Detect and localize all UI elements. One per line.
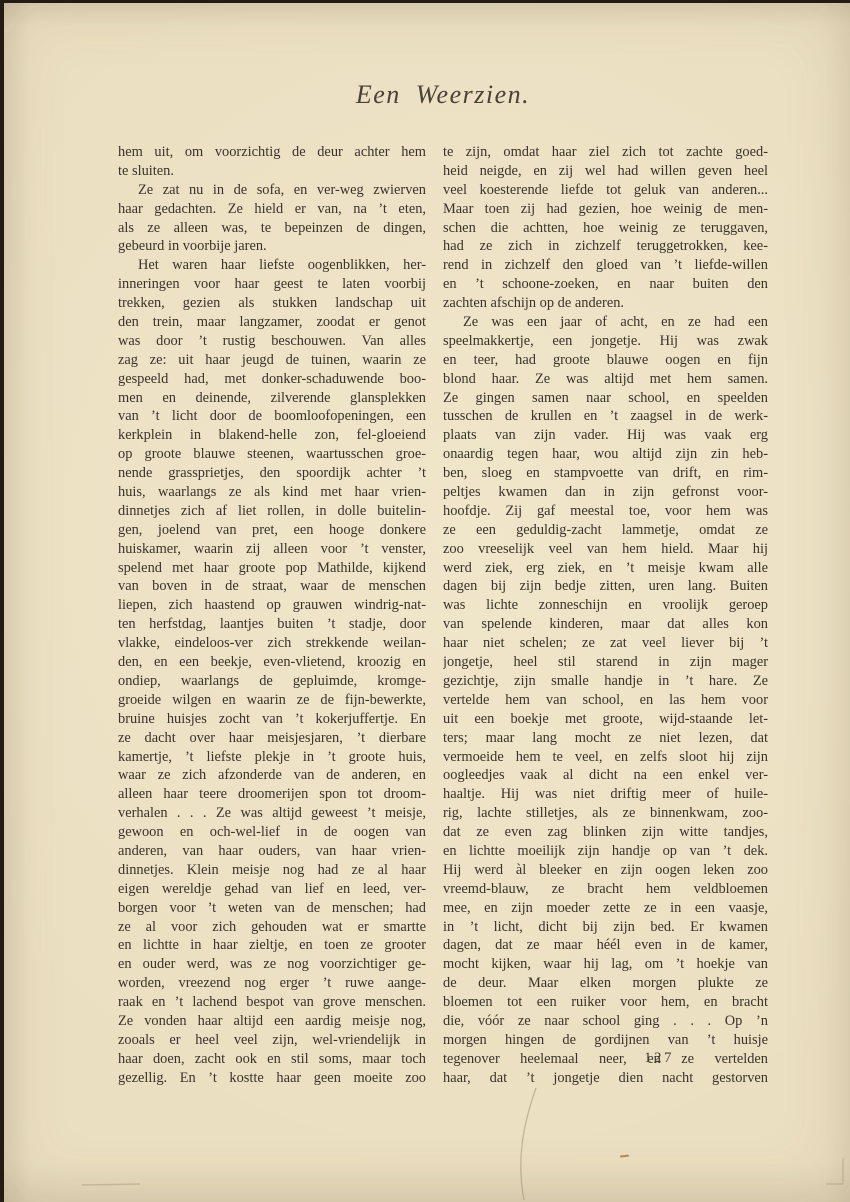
text-line: tegenover heelemaal neer, en ze vertelde… — [443, 1050, 768, 1069]
scan-artifact-corner — [826, 1158, 843, 1184]
text-line: huis, waarlangs ze als kind met haar vri… — [118, 483, 426, 502]
text-line: alleen haar teere droomerijen spon tot d… — [118, 785, 426, 804]
text-line: gebeurd in voorbije jaren. — [118, 237, 426, 256]
text-line: morgen hingen de gordijnen van ’t huisje — [443, 1031, 768, 1050]
text-line: ten herfstdag, laantjes buiten ’t stadje… — [118, 615, 426, 634]
text-line: men en deinende, zilverende glansplekken — [118, 389, 426, 408]
book-page-scan: Een Weerzien. hem uit, om voorzichtig de… — [0, 0, 850, 1202]
text-line: dagen bij zijn bedje zitten, uren lang. … — [443, 577, 768, 596]
text-line: dinnetjes. Klein meisje nog had ze al ha… — [118, 861, 426, 880]
text-line: gewoon en och-wel-lief in de oogen van — [118, 823, 426, 842]
text-line: den, en een beekje, even-vlietend, krooz… — [118, 653, 426, 672]
text-line: schen die achtten, hoe weinig ze terugga… — [443, 219, 768, 238]
text-line: Ze zat nu in de sofa, en ver-weg zwierve… — [118, 181, 426, 200]
scan-edge-left — [0, 0, 4, 1202]
text-line: was lichte zonneschijn en vroolijk geroe… — [443, 596, 768, 615]
text-line: rend in zichzelf den gloed van ’t liefde… — [443, 256, 768, 275]
text-line: haar gedachten. Ze hield er van, na ’t e… — [118, 200, 426, 219]
text-line: was door ’t rustig beschouwen. Van alles — [118, 332, 426, 351]
text-line: en ouder werd, was ze nog voorzichtiger … — [118, 955, 426, 974]
text-line: Ze gingen samen naar school, en speelden — [443, 389, 768, 408]
scan-artifact-speck — [620, 1154, 629, 1157]
text-line: Maar toen zij had gezien, hoe weinig de … — [443, 200, 768, 219]
text-line: Het waren haar liefste oogenblikken, her… — [118, 256, 426, 275]
text-line: ondiep, waarlangs de gepluimde, kromge- — [118, 672, 426, 691]
text-line: dat ze even zag blinken zijn witte tandj… — [443, 823, 768, 842]
text-line: jongetje, heel stil starend in zijn mage… — [443, 653, 768, 672]
text-line: oogleedjes vaak al dicht na een enkel ve… — [443, 766, 768, 785]
text-line: liepen, zich haastend op grauwen windrig… — [118, 596, 426, 615]
text-line: haar doen, zacht ook en stil soms, maar … — [118, 1050, 426, 1069]
text-line: hem uit, om voorzichtig de deur achter h… — [118, 143, 426, 162]
text-line: haar niet schelen; ze zat veel liever bi… — [443, 634, 768, 653]
text-line: mee, en zijn moeder zette ze in een vaas… — [443, 899, 768, 918]
text-line: gezellig. En ’t kostte haar geen moeite … — [118, 1069, 426, 1088]
text-line: peltjes kwamen dan in zijn gefronst voor… — [443, 483, 768, 502]
scan-edge-top — [0, 0, 850, 3]
text-line: nende grassprietjes, den spoordijk achte… — [118, 464, 426, 483]
text-line: Ze was een jaar of acht, en ze had een — [443, 313, 768, 332]
text-line: in ’t licht, dicht bij zijn bed. Er kwam… — [443, 918, 768, 937]
page-title: Een Weerzien. — [118, 80, 768, 110]
text-line: zachten afschijn op de anderen. — [443, 294, 768, 313]
text-line: raak en ’t lachend bespot van grove mens… — [118, 993, 426, 1012]
text-line: en teer, had groote blauwe oogen en fijn — [443, 351, 768, 370]
text-line: als ze alleen was, te bepeinzen de dinge… — [118, 219, 426, 238]
text-line: waar ze zich afzonderde van de anderen, … — [118, 766, 426, 785]
text-line: dinnetjes zich af liet rollen, in dolle … — [118, 502, 426, 521]
text-column-left: hem uit, om voorzichtig de deur achter h… — [118, 143, 426, 1088]
text-line: speelmakkertje, een jongetje. Hij was zw… — [443, 332, 768, 351]
text-line: ze een geduldig-zacht lammetje, omdat ze — [443, 521, 768, 540]
text-line: den trein, maar langzamer, zoodat er gen… — [118, 313, 426, 332]
scan-artifact-hair — [521, 1088, 536, 1200]
text-line: Hij werd àl bleeker en zijn oogen leken … — [443, 861, 768, 880]
text-line: zoo vreeselijk veel van hem hield. Maar … — [443, 540, 768, 559]
page-number: 127 — [644, 1050, 674, 1067]
text-line: werd ziek, erg ziek, en ’t meisje kwam a… — [443, 559, 768, 578]
text-line: op groote blauwe steenen, waartusschen g… — [118, 445, 426, 464]
text-line: verhalen . . . Ze was altijd geweest ’t … — [118, 804, 426, 823]
text-line: vlakke, eindeloos-ver zich strekkende we… — [118, 634, 426, 653]
text-line: rig, lachte stilletjes, als ze binnenkwa… — [443, 804, 768, 823]
text-line: en ’t schoone-zoeken, en naar buiten den — [443, 275, 768, 294]
text-line: vertelde hem van school, en las hem voor — [443, 691, 768, 710]
text-line: ze al voor zich gehouden wat er smartte — [118, 918, 426, 937]
text-line: heid neigde, en zij wel had willen geven… — [443, 162, 768, 181]
text-line: onaardig tegen haar, wou altijd zijn zin… — [443, 445, 768, 464]
text-line: had ze zich in zichzelf teruggetrokken, … — [443, 237, 768, 256]
text-line: veel koesterende liefde tot geluk van an… — [443, 181, 768, 200]
text-line: haaltje. Hij was niet driftig meer of hu… — [443, 785, 768, 804]
text-line: eigen wereldje gehad van lief en leed, v… — [118, 880, 426, 899]
text-line: worden, vreezend nog erger ’t ruwe aange… — [118, 974, 426, 993]
text-line: kamertje, ’t liefste plekje in ’t groote… — [118, 748, 426, 767]
text-line: gezichtje, zijn smalle handje in ’t hare… — [443, 672, 768, 691]
text-line: gen, joelend van pret, een hooge donkere — [118, 521, 426, 540]
text-line: bloemen tot een ruiker voor hem, en brac… — [443, 993, 768, 1012]
text-line: die, vóór ze naar school ging . . . Op ’… — [443, 1012, 768, 1031]
text-line: dagen, dat ze maar héél even in de kamer… — [443, 936, 768, 955]
text-line: gespeeld had, met donker-schaduwende boo… — [118, 370, 426, 389]
text-line: vreemd-blauw, ze bracht hem veldbloemen — [443, 880, 768, 899]
text-line: van boven in de straat, waar de menschen — [118, 577, 426, 596]
text-line: van spelende kinderen, maar dat alles ko… — [443, 615, 768, 634]
text-line: mocht kijken, waar hij lag, om ’t hoekje… — [443, 955, 768, 974]
text-line: te sluiten. — [118, 162, 426, 181]
text-line: kerkplein in blakend-helle zon, fel-gloe… — [118, 426, 426, 445]
text-line: huiskamer, waarin zij alleen voor ’t ven… — [118, 540, 426, 559]
text-line: trekken, gezien als stukken landschap ui… — [118, 294, 426, 313]
text-line: van ’t licht door de boomloofopeningen, … — [118, 407, 426, 426]
text-line: en lichtte in haar zieltje, en toen ze g… — [118, 936, 426, 955]
text-line: Ze vonden haar altijd een aardig meisje … — [118, 1012, 426, 1031]
text-line: hoofdje. Zij gaf meestal toe, voor hem w… — [443, 502, 768, 521]
text-line: tusschen de krullen en ’t zaagsel in de … — [443, 407, 768, 426]
text-line: spelend met haar groote pop Mathilde, ki… — [118, 559, 426, 578]
text-line: uit een boekje met groote, wijd-staande … — [443, 710, 768, 729]
text-line: ze dacht over haar meisjesjaren, ’t dier… — [118, 729, 426, 748]
text-line: haar, dat ’t jongetje dien nacht gestorv… — [443, 1069, 768, 1088]
text-line: ben, sloeg en stampvoette van drift, en … — [443, 464, 768, 483]
text-line: ters; maar lang mocht ze niet lezen, dat — [443, 729, 768, 748]
text-line: zooals er heel veel zijn, wel-vriendelij… — [118, 1031, 426, 1050]
text-line: inneringen voor haar geest te laten voor… — [118, 275, 426, 294]
text-line: borgen voor ’t weten van de menschen; ha… — [118, 899, 426, 918]
text-line: anderen, van haar ouders, van haar vrien… — [118, 842, 426, 861]
text-line: de deur. Maar elken morgen plukte ze — [443, 974, 768, 993]
text-line: groeide wilgen en waarin ze de fijn-bewe… — [118, 691, 426, 710]
text-line: bruine huisjes zocht van ’t kokerjuffert… — [118, 710, 426, 729]
text-line: vermoeide hem te veel, en zelfs sloot hi… — [443, 748, 768, 767]
scan-artifact-smudge — [82, 1184, 140, 1185]
text-line: plaats van zijn vader. Hij was vaak erg — [443, 426, 768, 445]
text-line: te zijn, omdat haar ziel zich tot zachte… — [443, 143, 768, 162]
text-column-right: te zijn, omdat haar ziel zich tot zachte… — [443, 143, 768, 1088]
text-line: zag ze: uit haar jeugd de tuinen, waarin… — [118, 351, 426, 370]
text-line: en lichtte moeilijk zijn handje op van ’… — [443, 842, 768, 861]
text-line: blond haar. Ze was altijd met hem samen. — [443, 370, 768, 389]
